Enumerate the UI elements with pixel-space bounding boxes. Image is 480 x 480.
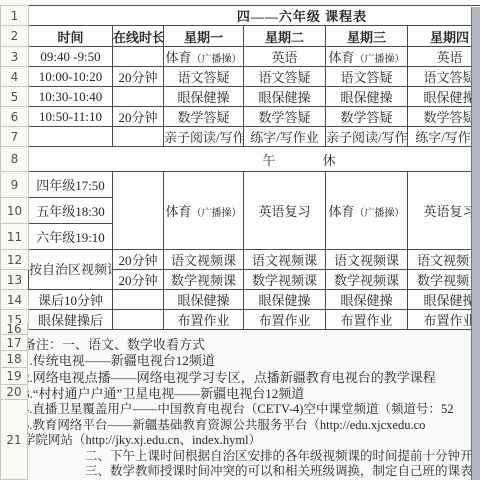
cell-r12to13-time-label[interactable]: 按自治区视频课时间上 [29, 250, 113, 290]
remark-heading: 备注：一、语文、数学收看方式 [28, 335, 480, 351]
remark-row[interactable]: 2.网络电视点播——网络电视学习专区，点播新疆教育电视台的教学课程 [28, 368, 480, 385]
cell-noon-break[interactable]: 午 休 [29, 147, 480, 172]
cell-r14-wed[interactable]: 眼保健操 [326, 290, 408, 310]
row-header-9[interactable]: 9 [1, 172, 29, 198]
remark-item-2: 2.网络电视点播——网络电视学习专区，点播新疆教育电视台的教学课程 [28, 368, 480, 385]
row-header-16[interactable]: 16 [0, 323, 28, 335]
row-header-8[interactable]: 8 [1, 147, 29, 172]
cell-r7-tue[interactable]: 练字/写作业 [244, 127, 326, 147]
remark-item-7: 三、数学教师授课时间冲突的可以和相关班级调换，制定自己班的课表。 [28, 464, 480, 480]
row-header-5[interactable]: 5 [1, 87, 29, 107]
cell-r12-tue[interactable]: 语文视频课 [244, 250, 326, 270]
cell-r13-duration[interactable]: 20分钟 [113, 270, 164, 290]
cell-r9to11-mon[interactable]: 体育（广播操） [164, 172, 244, 250]
cell-r5-thu[interactable]: 眼保健操 [408, 87, 480, 107]
row-header-4[interactable]: 4 [1, 67, 29, 87]
pe-label: 体育 [165, 50, 191, 65]
cell-r5-wed[interactable]: 眼保健操 [326, 87, 408, 107]
cell-r12-wed[interactable]: 语文视频课 [326, 250, 408, 270]
remark-row[interactable]: 备注：一、语文、数学收看方式 [28, 335, 480, 351]
cell-r4-time[interactable]: 10:00-10:20 [29, 67, 113, 87]
header-time[interactable]: 时间 [29, 26, 113, 47]
cell-r5-tue[interactable]: 眼保健操 [244, 87, 326, 107]
cell-r4-tue[interactable]: 语文答疑 [244, 67, 326, 87]
pe-label: 体育 [165, 204, 191, 219]
remark-row-multiline[interactable]: 4.直播卫星覆盖用户——中国教育电视台（CETV-4)空中课堂频道（频道号：52… [28, 400, 480, 480]
row-header-21[interactable]: 21 [0, 400, 28, 480]
cell-r9-time[interactable]: 四年级17:50 [29, 172, 113, 198]
cell-r14-time[interactable]: 课后10分钟 [29, 290, 113, 310]
cell-r12-duration[interactable]: 20分钟 [113, 250, 164, 270]
cell-r13-wed[interactable]: 数学视频课 [326, 270, 408, 290]
row-header-17[interactable]: 17 [0, 335, 28, 351]
remark-item-5-cont: 学院网站（http://jky.xj.edu.cn、index.hyml） [28, 433, 480, 449]
pe-sub-label: （广播操） [355, 54, 405, 65]
remark-item-5: 5.教育网络平台——新疆基础教育资源公共服务平台（http://edu.xjcx… [28, 418, 480, 434]
cell-r13-thu[interactable]: 数学视频课 [408, 270, 480, 290]
cell-r6-time[interactable]: 10:50-11:10 [29, 107, 113, 127]
schedule-table: 1 四——六年级 课程表 2 时间 在线时长 星期一 星期二 星期三 星期四 3… [0, 5, 480, 330]
header-tuesday[interactable]: 星期二 [244, 26, 326, 47]
cell-r10-time[interactable]: 五年级18:30 [29, 198, 113, 224]
cell-r13-mon[interactable]: 数学视频课 [164, 270, 244, 290]
row-header-2[interactable]: 2 [1, 26, 29, 47]
row-header-19[interactable]: 19 [0, 368, 28, 385]
row-header-13[interactable]: 13 [1, 270, 29, 290]
cell-r3-tue[interactable]: 英语 [244, 47, 326, 67]
spreadsheet-screen: 1 四——六年级 课程表 2 时间 在线时长 星期一 星期二 星期三 星期四 3… [0, 0, 480, 480]
row-header-10[interactable]: 10 [1, 198, 29, 224]
cell-r7-time[interactable] [29, 127, 113, 147]
cell-r4-duration[interactable]: 20分钟 [113, 67, 164, 87]
pe-sub-label: （广播操） [192, 54, 242, 65]
cell-r13-tue[interactable]: 数学视频课 [244, 270, 326, 290]
remark-item-4: 4.直播卫星覆盖用户——中国教育电视台（CETV-4)空中课堂频道（频道号：52 [28, 402, 480, 418]
remark-row-empty[interactable] [28, 323, 480, 335]
cell-r7-duration[interactable] [113, 127, 164, 147]
remark-row[interactable]: 1.传统电视——新疆电视台12频道 [28, 351, 480, 368]
cell-r7-mon[interactable]: 亲子阅读/写作业 [164, 127, 244, 147]
cell-r9to11-tue[interactable]: 英语复习 [244, 172, 326, 250]
cell-r11-time[interactable]: 六年级19:10 [29, 224, 113, 250]
pe-sub-label: （广播操） [355, 208, 405, 219]
screen-edge-strip [471, 7, 480, 480]
header-monday[interactable]: 星期一 [164, 26, 244, 47]
cell-r5-duration[interactable] [113, 87, 164, 107]
cell-r3-duration[interactable] [113, 47, 164, 67]
remark-row[interactable]: 3.“村村通户户通”卫星电视——新疆电视台12频道 [28, 385, 480, 400]
row-header-12[interactable]: 12 [1, 250, 29, 270]
row-header-7[interactable]: 7 [1, 127, 29, 147]
cell-r4-mon[interactable]: 语文答疑 [164, 67, 244, 87]
cell-r6-mon[interactable]: 数学答疑 [164, 107, 244, 127]
cell-r12-thu[interactable]: 语文视频课 [408, 250, 480, 270]
row-header-11[interactable]: 11 [1, 224, 29, 250]
remark-item-6: 二、下午上课时间根据自治区安排的各年级视频课的时间提前十分钟开始 [28, 449, 480, 465]
cell-r14-tue[interactable]: 眼保健操 [244, 290, 326, 310]
cell-r6-wed[interactable]: 数学答疑 [326, 107, 408, 127]
cell-r14-mon[interactable]: 眼保健操 [164, 290, 244, 310]
pe-label: 体育 [328, 204, 354, 219]
cell-r6-tue[interactable]: 数学答疑 [244, 107, 326, 127]
cell-r6-thu[interactable]: 数学答疑 [408, 107, 480, 127]
remark-item-3: 3.“村村通户户通”卫星电视——新疆电视台12频道 [28, 385, 480, 400]
cell-r7-thu[interactable]: 练字/写作业 [408, 127, 480, 147]
cell-r5-time[interactable]: 10:30-10:40 [29, 87, 113, 107]
row-header-3[interactable]: 3 [1, 47, 29, 67]
row-header-18[interactable]: 18 [0, 351, 28, 368]
row-header-1[interactable]: 1 [1, 6, 29, 26]
cell-r5-mon[interactable]: 眼保健操 [164, 87, 244, 107]
cell-r9to11-duration[interactable] [113, 172, 164, 250]
cell-r14-thu[interactable]: 眼保健操 [408, 290, 480, 310]
row-header-20[interactable]: 20 [0, 385, 28, 400]
row-header-14[interactable]: 14 [1, 290, 29, 310]
cell-r4-wed[interactable]: 语文答疑 [326, 67, 408, 87]
cell-r6-duration[interactable]: 20分钟 [113, 107, 164, 127]
pe-sub-label: （广播操） [192, 208, 242, 219]
header-duration[interactable]: 在线时长 [113, 26, 164, 47]
remark-item-1: 1.传统电视——新疆电视台12频道 [28, 351, 480, 368]
cell-r3-thu[interactable]: 英语 [408, 47, 480, 67]
cell-r3-time[interactable]: 09:40 -9:50 [29, 47, 113, 67]
header-wednesday[interactable]: 星期三 [326, 26, 408, 47]
cell-r4-thu[interactable]: 语文答疑 [408, 67, 480, 87]
pe-label: 体育 [328, 50, 354, 65]
cell-r3-wed[interactable]: 体育（广播操） [326, 47, 408, 67]
header-thursday[interactable]: 星期四 [408, 26, 480, 47]
cell-r9to11-thu[interactable]: 英语复习 [408, 172, 480, 250]
cell-r14-duration[interactable] [113, 290, 164, 310]
cell-r12-mon[interactable]: 语文视频课 [164, 250, 244, 270]
schedule-title-cell[interactable]: 四——六年级 课程表 [29, 6, 480, 26]
cell-r7-wed[interactable]: 亲子阅读/写作业 [326, 127, 408, 147]
row-header-6[interactable]: 6 [1, 107, 29, 127]
cell-r3-mon[interactable]: 体育（广播操） [164, 47, 244, 67]
remarks-section: 16 17 备注：一、语文、数学收看方式 18 1.传统电视——新疆电视台12频… [0, 323, 480, 480]
cell-r9to11-wed[interactable]: 体育（广播操） [326, 172, 408, 250]
